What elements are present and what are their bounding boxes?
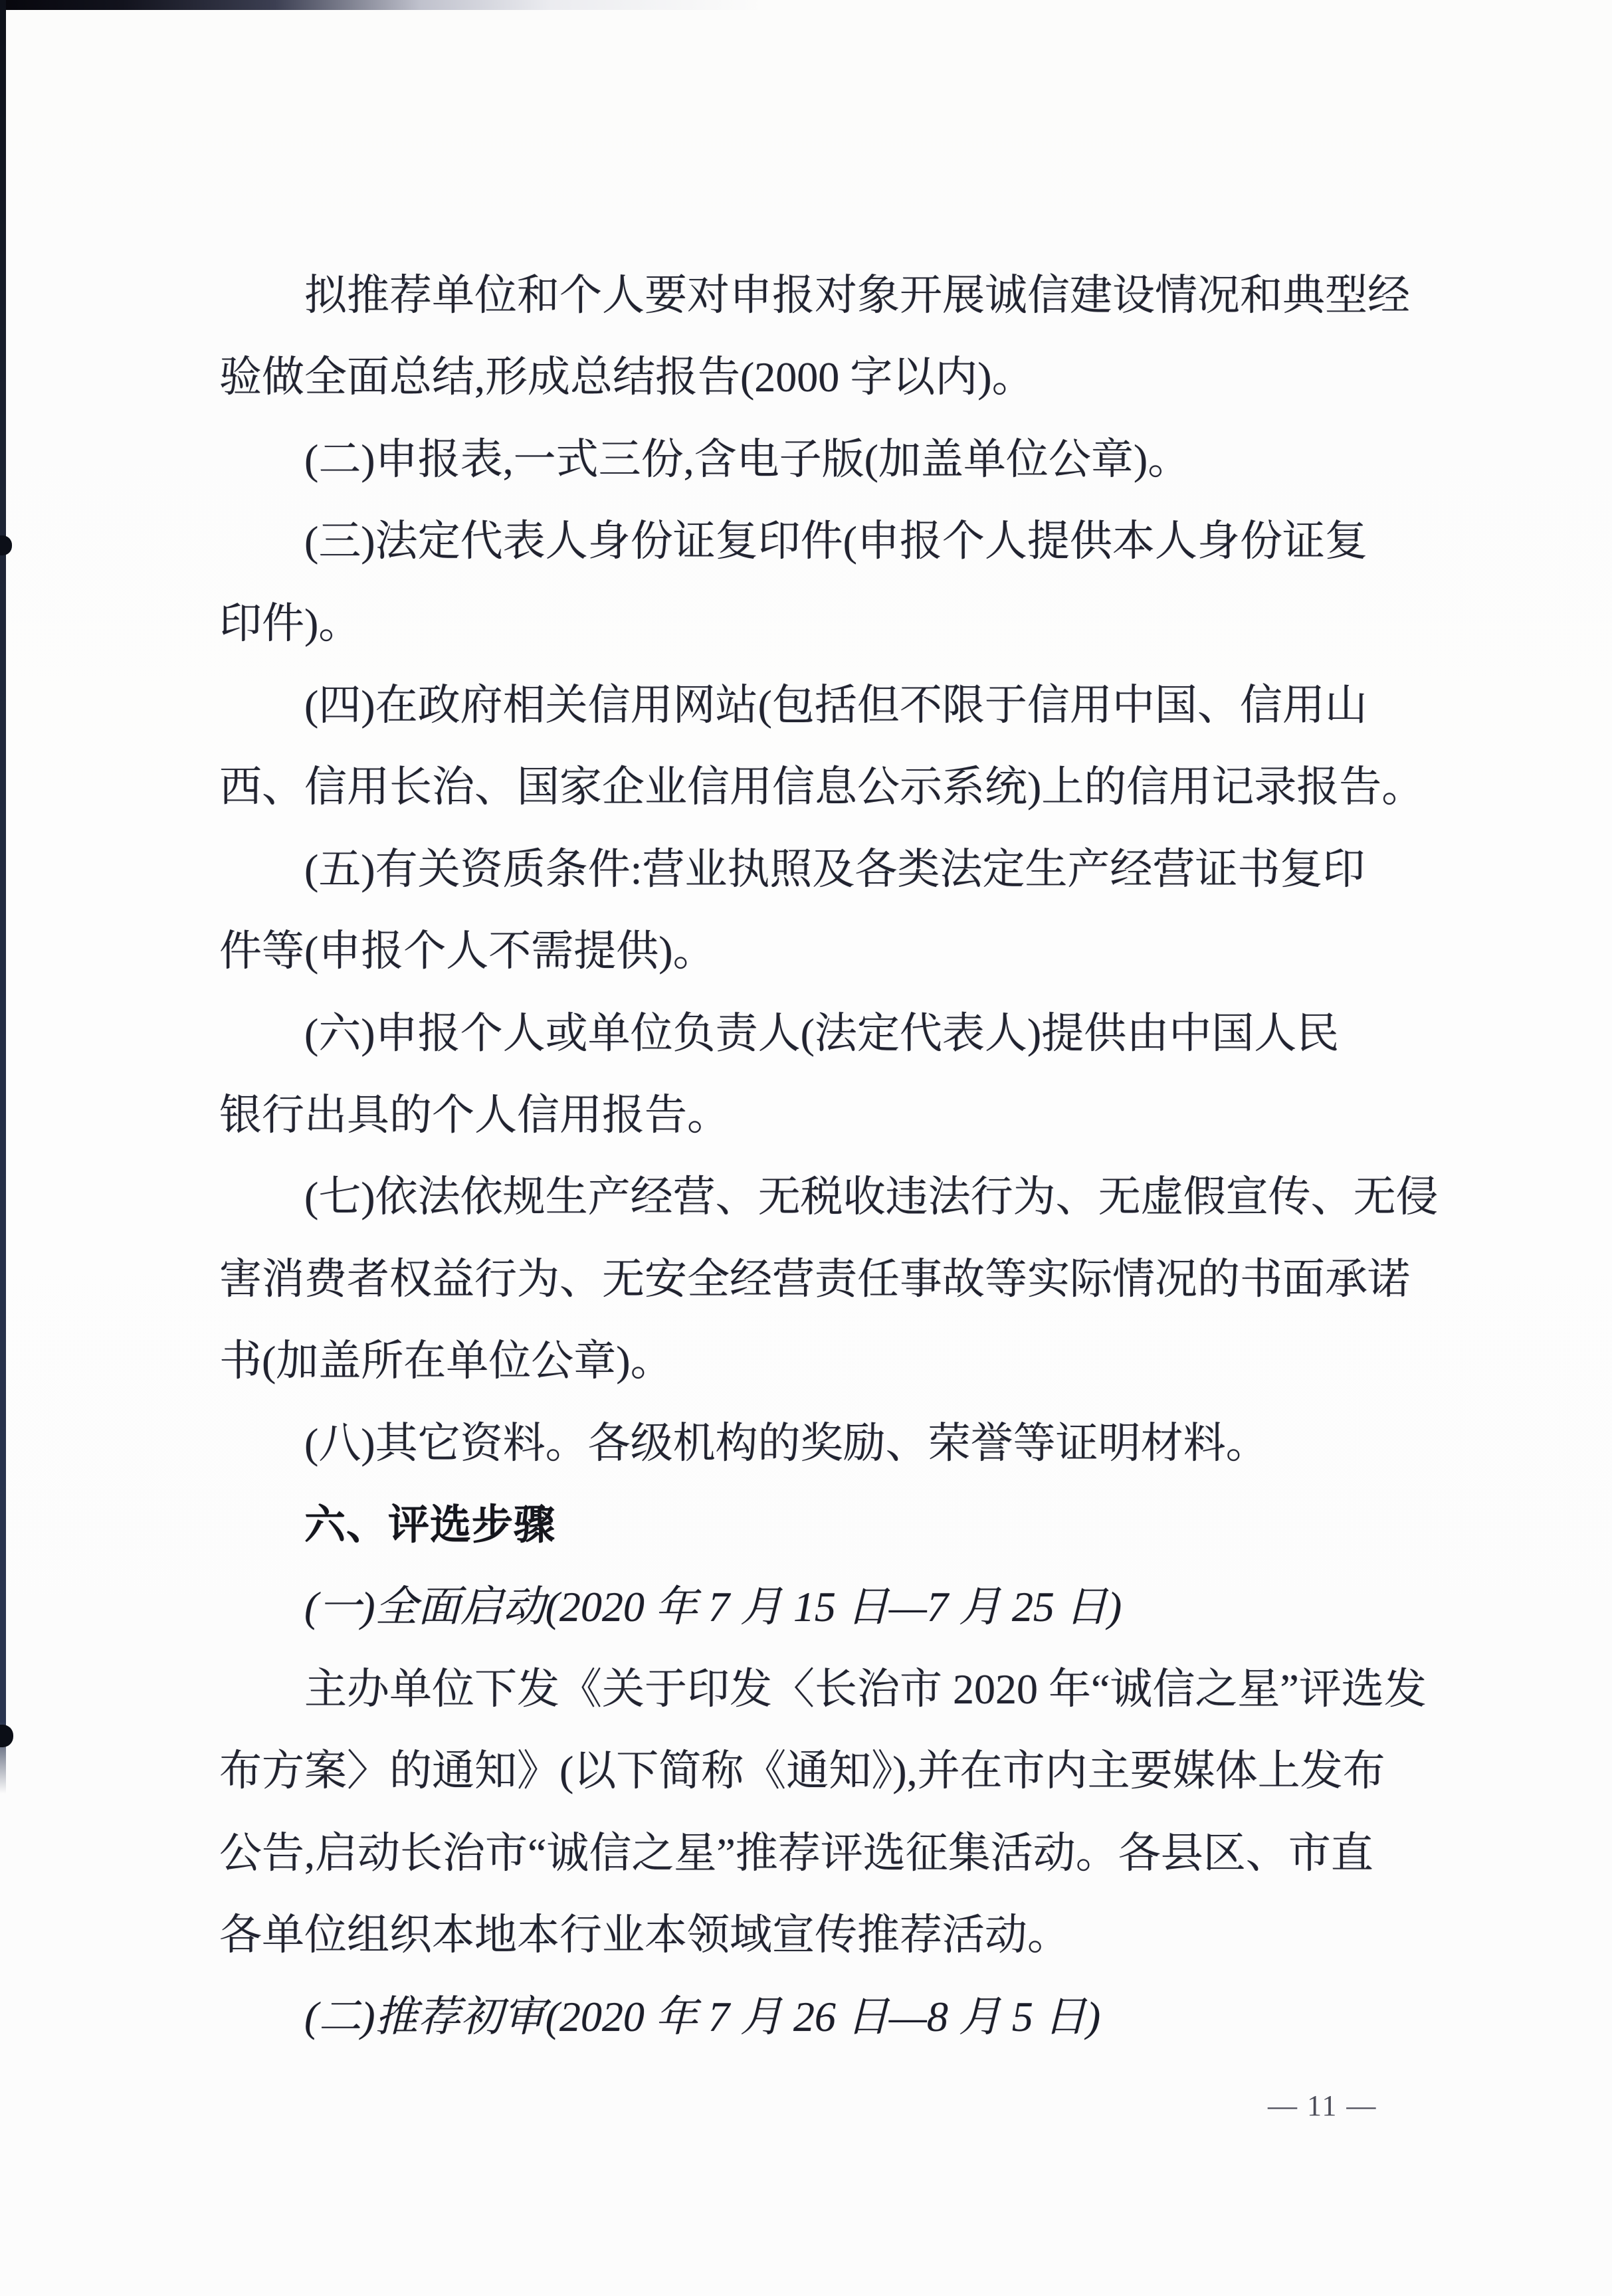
body-text-line: (八)其它资料。各级机构的奖励、荣誉等证明材料。 xyxy=(304,1402,1268,1485)
body-text-line: 布方案〉的通知》(以下简称《通知》),并在市内主要媒体上发布 xyxy=(219,1730,1385,1812)
scan-speck-upper xyxy=(0,535,12,555)
body-text-line: 各单位组织本地本行业本领域宣传推荐活动。 xyxy=(219,1894,1070,1976)
body-text-line: 拟推荐单位和个人要对申报对象开展诚信建设情况和典型经 xyxy=(304,254,1410,337)
body-text-line: 件等(申报个人不需提供)。 xyxy=(219,910,716,993)
page-number: — 11 — xyxy=(1268,2086,1377,2126)
body-text-line: 书(加盖所在单位公章)。 xyxy=(219,1320,673,1402)
subsection-heading: (二)推荐初审(2020 年 7 月 26 日—8 月 5 日) xyxy=(304,1976,1100,2058)
section-heading: 六、评选步骤 xyxy=(304,1484,555,1567)
body-text-line: (三)法定代表人身份证复印件(申报个人提供本人身份证复 xyxy=(304,500,1367,583)
scan-edge-left-artifact xyxy=(0,0,6,1794)
scan-edge-top-artifact xyxy=(0,0,764,10)
body-text-line: (六)申报个人或单位负责人(法定代表人)提供由中国人民 xyxy=(304,993,1339,1075)
body-text-line: 验做全面总结,形成总结报告(2000 字以内)。 xyxy=(219,336,1035,419)
scanned-document-page: 拟推荐单位和个人要对申报对象开展诚信建设情况和典型经验做全面总结,形成总结报告(… xyxy=(0,0,1612,2296)
body-text-line: 害消费者权益行为、无安全经营责任事故等实际情况的书面承诺 xyxy=(219,1238,1410,1321)
scan-speck-lower xyxy=(0,1725,13,1747)
body-text-line: (四)在政府相关信用网站(包括但不限于信用中国、信用山 xyxy=(304,664,1367,747)
body-text-line: 西、信用长治、国家企业信用信息公示系统)上的信用记录报告。 xyxy=(219,746,1424,828)
body-text-line: (二)申报表,一式三份,含电子版(加盖单位公章)。 xyxy=(304,419,1190,501)
body-text-line: 公告,启动长治市“诚信之星”推荐评选征集活动。各县区、市直 xyxy=(219,1812,1373,1895)
body-text-line: 银行出具的个人信用报告。 xyxy=(219,1074,730,1157)
body-text-line: 印件)。 xyxy=(219,583,361,665)
body-text-line: 主办单位下发《关于印发〈长治市 2020 年“诚信之星”评选发 xyxy=(304,1648,1427,1731)
body-text-line: (五)有关资质条件:营业执照及各类法定生产经营证书复印 xyxy=(304,828,1365,911)
body-text-line: (七)依法依规生产经营、无税收违法行为、无虚假宣传、无侵 xyxy=(304,1156,1439,1238)
subsection-heading: (一)全面启动(2020 年 7 月 15 日—7 月 25 日) xyxy=(304,1566,1122,1648)
